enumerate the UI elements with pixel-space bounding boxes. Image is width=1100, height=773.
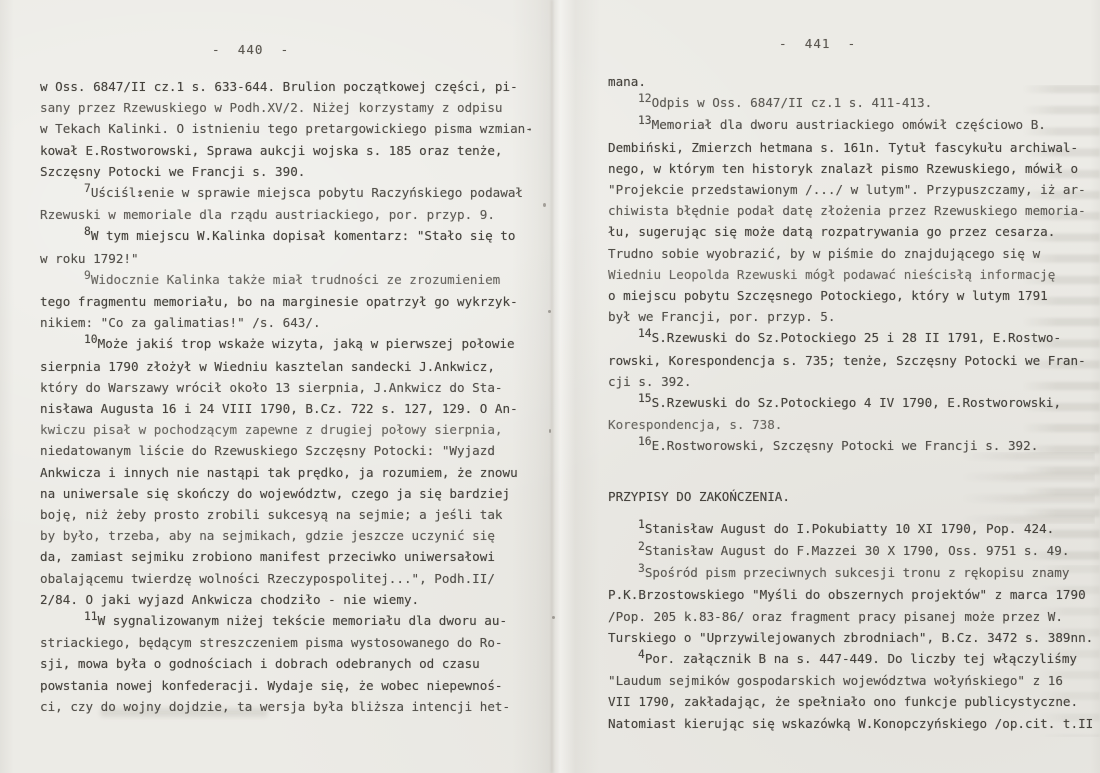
footnote-number: 4 bbox=[638, 644, 645, 665]
text-line: da, zamiast sejmiku zrobiono manifest pr… bbox=[40, 546, 533, 567]
text-line: w Oss. 6847/II cz.1 s. 633-644. Brulion … bbox=[40, 76, 533, 97]
text-line: boję, niż żeby prosto zrobili sukcesyą n… bbox=[40, 504, 533, 525]
text-line: który do Warszawy wrócił około 13 sierpn… bbox=[40, 377, 533, 398]
text-line: 12Odpis w Oss. 6847/II cz.1 s. 411-413. bbox=[608, 92, 1093, 114]
text-line: ci, czy do wojny dojdzie, ta wersja była… bbox=[40, 696, 533, 717]
footnote-number: 2 bbox=[638, 536, 645, 557]
text-line: 13Memoriał dla dworu austriackiego omówi… bbox=[608, 114, 1093, 136]
footnote-number: 15 bbox=[638, 388, 652, 409]
footnote-number: 11 bbox=[84, 606, 98, 627]
text-line: Korespondencja, s. 738. bbox=[608, 414, 1093, 435]
text-line: w Tekach Kalinki. O istnieniu tego preta… bbox=[40, 118, 533, 139]
text-line: Dembiński, Zmierzch hetmana s. 161n. Tyt… bbox=[608, 137, 1093, 158]
text-line: 3Spośród pism przeciwnych sukcesji tronu… bbox=[608, 562, 1093, 584]
binding-speck bbox=[549, 429, 551, 433]
text-line: był we Francji, por. przyp. 5. bbox=[608, 306, 1093, 327]
text-line: 7Uściśl↕enie w sprawie miejsca pobytu Ra… bbox=[40, 182, 533, 204]
text-line: Turskiego o "Uprzywilejowanych zbrodniac… bbox=[608, 627, 1093, 648]
text-line: 9Widocznie Kalinka także miał trudności … bbox=[40, 269, 533, 291]
text-line: /Pop. 205 k.83-86/ oraz fragment pracy p… bbox=[608, 606, 1093, 627]
text-line: 14S.Rzewuski do Sz.Potockiego 25 i 28 II… bbox=[608, 327, 1093, 349]
page-number-left: - 440 - bbox=[212, 42, 289, 57]
text-line: "Projekcie przedstawionym /.../ w lutym"… bbox=[608, 179, 1093, 200]
text-line: 16E.Rostworowski, Szczęsny Potocki we Fr… bbox=[608, 435, 1093, 457]
text-line: sany przez Rzewuskiego w Podh.XV/2. Niże… bbox=[40, 97, 533, 118]
text-line: sji, mowa była o godnościach i dobrach o… bbox=[40, 653, 533, 674]
section-heading: PRZYPISY DO ZAKOŃCZENIA. bbox=[608, 486, 1093, 507]
text-line: Ankwicza i innych nie nastąpi tak prędko… bbox=[40, 462, 533, 483]
text-line: striackiego, będącym streszczeniem pisma… bbox=[40, 632, 533, 653]
text-line: "Laudum sejmików gospodarskich województ… bbox=[608, 670, 1093, 691]
binding-speck bbox=[548, 310, 551, 313]
text-line: P.K.Brzostowskiego "Myśli do obszernych … bbox=[608, 584, 1093, 605]
text-line: 1Stanisław August do I.Pokubiatty 10 XI … bbox=[608, 518, 1093, 540]
text-line: na uniwersale się skończy do województw,… bbox=[40, 483, 533, 504]
page-left-text-block: w Oss. 6847/II cz.1 s. 633-644. Brulion … bbox=[40, 76, 533, 717]
footnote-number: 14 bbox=[638, 323, 652, 344]
text-line: o miejscu pobytu Szczęsnego Potockiego, … bbox=[608, 285, 1093, 306]
footnote-number: 12 bbox=[638, 88, 652, 109]
text-line: tego fragmentu memoriału, bo na margines… bbox=[40, 291, 533, 312]
text-line: łu, sugerując się może datą rozpatrywani… bbox=[608, 221, 1093, 242]
footnote-number: 8 bbox=[84, 221, 91, 242]
text-line: cji s. 392. bbox=[608, 371, 1093, 392]
footnote-number: 7 bbox=[84, 178, 91, 199]
text-line: VII 1790, zakładając, że spełniało ono f… bbox=[608, 691, 1093, 712]
text-line: 2/84. O jaki wyjazd Ankwicza chodziło - … bbox=[40, 589, 533, 610]
text-line: 2Stanisław August do F.Mazzei 30 X 1790,… bbox=[608, 540, 1093, 562]
text-line: by było, trzeba, aby na sejmikach, gdzie… bbox=[40, 525, 533, 546]
footnote-number: 10 bbox=[84, 329, 98, 350]
text-line: kował E.Rostworowski, Sprawa aukcji wojs… bbox=[40, 140, 533, 161]
text-line: nisława Augusta 16 i 24 VIII 1790, B.Cz.… bbox=[40, 398, 533, 419]
text-line: 10Może jakiś trop wskaże wizyta, jaką w … bbox=[40, 333, 533, 355]
footnote-number: 16 bbox=[638, 431, 652, 452]
page-number-right: - 441 - bbox=[779, 36, 856, 51]
text-line: 4Por. załącznik B na s. 447-449. Do licz… bbox=[608, 648, 1093, 670]
text-line: 8W tym miejscu W.Kalinka dopisał komenta… bbox=[40, 225, 533, 247]
text-line: kwiczu pisał w pochodzącym zapewne z dru… bbox=[40, 419, 533, 440]
text-line: Natomiast kierując się wskazówką W.Konop… bbox=[608, 713, 1093, 734]
binding-speck bbox=[552, 616, 555, 619]
text-line: w roku 1792!" bbox=[40, 248, 533, 269]
footnote-number: 1 bbox=[638, 514, 645, 535]
text-line: Wiedniu Leopolda Rzewuski mógł podawać n… bbox=[608, 264, 1093, 285]
text-line: Szczęsny Potocki we Francji s. 390. bbox=[40, 161, 533, 182]
text-line: mana. bbox=[608, 71, 1093, 92]
text-line: sierpnia 1790 złożył w Wiedniu kasztelan… bbox=[40, 356, 533, 377]
text-line: rowski, Korespondencja s. 735; tenże, Sz… bbox=[608, 350, 1093, 371]
book-scan: - 440 - - 441 - w Oss. 6847/II cz.1 s. 6… bbox=[0, 0, 1100, 773]
footnote-number: 3 bbox=[638, 558, 645, 579]
text-line: nego, w którym ten historyk znalazł pism… bbox=[608, 158, 1093, 179]
binding-speck bbox=[543, 203, 546, 207]
text-line: chiwista błędnie podał datę złożenia prz… bbox=[608, 200, 1093, 221]
text-line: Trudno sobie wyobrazić, by w piśmie do z… bbox=[608, 243, 1093, 264]
text-line: nikiem: "Co za galimatias!" /s. 643/. bbox=[40, 312, 533, 333]
text-line: 11W sygnalizowanym niżej tekście memoria… bbox=[40, 610, 533, 632]
page-right-text-block: mana.12Odpis w Oss. 6847/II cz.1 s. 411-… bbox=[608, 71, 1093, 734]
text-line: powstania nowej konfederacji. Wydaje się… bbox=[40, 675, 533, 696]
text-line: obalającemu twierdzę wolności Rzeczyposp… bbox=[40, 568, 533, 589]
footnote-number: 9 bbox=[84, 265, 91, 286]
footnote-number: 13 bbox=[638, 110, 652, 131]
binding-crease bbox=[551, 0, 553, 773]
text-line: 15S.Rzewuski do Sz.Potockiego 4 IV 1790,… bbox=[608, 392, 1093, 414]
text-line: Rzewuski w memoriale dla rządu austriack… bbox=[40, 204, 533, 225]
text-line: niedatowanym liście do Rzewuskiego Szczę… bbox=[40, 440, 533, 461]
